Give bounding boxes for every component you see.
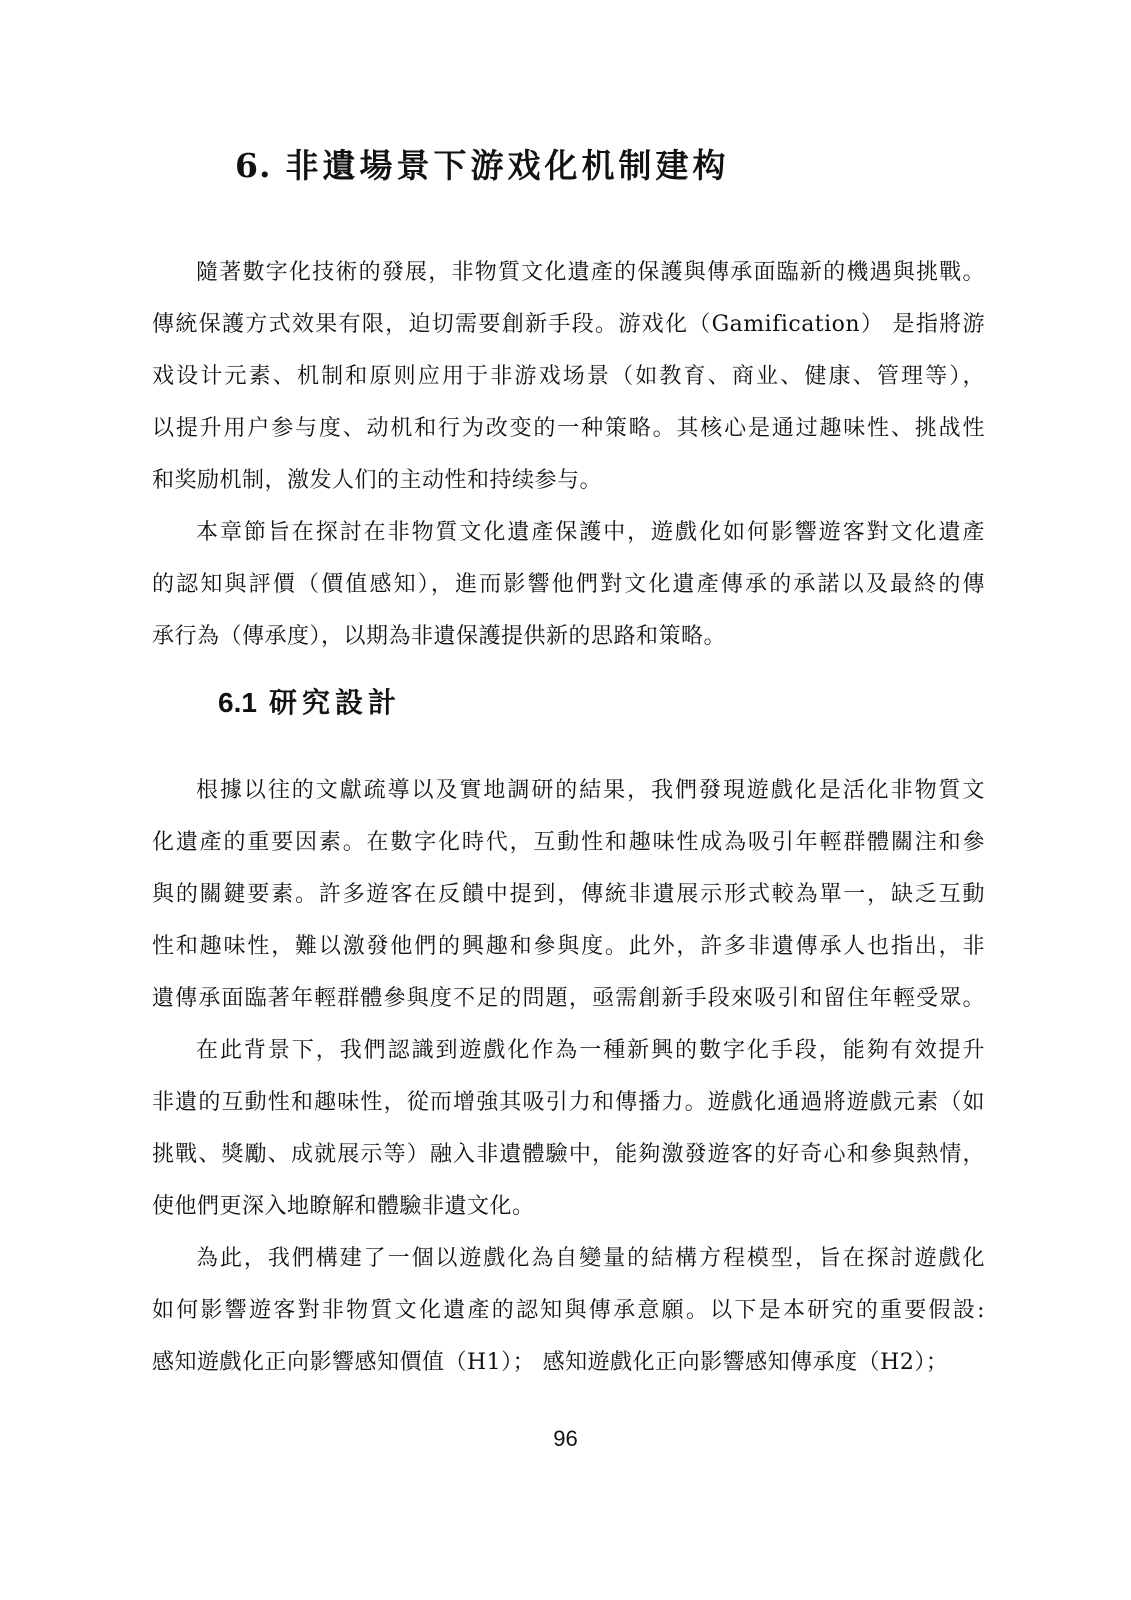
chapter-number: 6. xyxy=(235,146,271,185)
text-line: 戏设计元素、机制和原则应用于非游戏场景（如教育、商业、健康、管理等）， xyxy=(152,351,985,403)
text-line: 如何影響遊客對非物質文化遺產的認知與傳承意願。以下是本研究的重要假設: xyxy=(152,1285,985,1337)
page-content: 6.非遺場景下游戏化机制建构 隨著數字化技術的發展，非物質文化遺產的保護與傳承面… xyxy=(152,0,985,1389)
section-number: 6.1 xyxy=(218,687,257,718)
text-line: 非遺的互動性和趣味性，從而增強其吸引力和傳播力。遊戲化通過將遊戲元素（如 xyxy=(152,1077,985,1129)
text-line: 感知遊戲化正向影響感知價值（H1）； 感知遊戲化正向影響感知傳承度（H2）； xyxy=(152,1337,985,1389)
text-line: 挑戰、獎勵、成就展示等）融入非遺體驗中，能夠激發遊客的好奇心和參與熱情， xyxy=(152,1129,985,1181)
text-line: 根據以往的文獻疏導以及實地調研的結果，我們發現遊戲化是活化非物質文 xyxy=(152,765,985,817)
paragraph: 為此，我們構建了一個以遊戲化為自變量的結構方程模型，旨在探討遊戲化 如何影響遊客… xyxy=(152,1233,985,1389)
text-line: 使他們更深入地瞭解和體驗非遺文化。 xyxy=(152,1181,985,1233)
paragraph: 在此背景下，我們認識到遊戲化作為一種新興的數字化手段，能夠有效提升 非遺的互動性… xyxy=(152,1025,985,1233)
text-line: 與的關鍵要素。許多遊客在反饋中提到，傳統非遺展示形式較為單一，缺乏互動 xyxy=(152,869,985,921)
text-line: 性和趣味性，難以激發他們的興趣和參與度。此外，許多非遺傳承人也指出，非 xyxy=(152,921,985,973)
section-heading: 6.1研究設計 xyxy=(152,685,985,721)
text-line: 在此背景下，我們認識到遊戲化作為一種新興的數字化手段，能夠有效提升 xyxy=(152,1025,985,1077)
text-line: 以提升用户参与度、动机和行为改变的一种策略。其核心是通过趣味性、挑战性 xyxy=(152,403,985,455)
text-line: 化遺產的重要因素。在數字化時代，互動性和趣味性成為吸引年輕群體關注和參 xyxy=(152,817,985,869)
paragraph: 本章節旨在探討在非物質文化遺產保護中，遊戲化如何影響遊客對文化遺產 的認知與評價… xyxy=(152,507,985,663)
text-line: 隨著數字化技術的發展，非物質文化遺產的保護與傳承面臨新的機遇與挑戰。 xyxy=(152,247,985,299)
paragraph: 根據以往的文獻疏導以及實地調研的結果，我們發現遊戲化是活化非物質文 化遺產的重要… xyxy=(152,765,985,1025)
page-number: 96 xyxy=(0,1426,1131,1452)
text-line: 的認知與評價（價值感知），進而影響他們對文化遺產傳承的承諾以及最終的傳 xyxy=(152,559,985,611)
text-line: 為此，我們構建了一個以遊戲化為自變量的結構方程模型，旨在探討遊戲化 xyxy=(152,1233,985,1285)
chapter-title: 6.非遺場景下游戏化机制建构 xyxy=(152,0,985,189)
text-line: 和奖励机制，激发人们的主动性和持续参与。 xyxy=(152,455,985,507)
text-line: 本章節旨在探討在非物質文化遺產保護中，遊戲化如何影響遊客對文化遺產 xyxy=(152,507,985,559)
document-page: 6.非遺場景下游戏化机制建构 隨著數字化技術的發展，非物質文化遺產的保護與傳承面… xyxy=(0,0,1131,1600)
text-line: 承行為（傳承度），以期為非遺保護提供新的思路和策略。 xyxy=(152,611,985,663)
text-line: 遺傳承面臨著年輕群體參與度不足的問題，亟需創新手段來吸引和留住年輕受眾。 xyxy=(152,973,985,1025)
chapter-title-text: 非遺場景下游戏化机制建构 xyxy=(285,146,729,185)
text-line: 傳統保護方式效果有限，迫切需要創新手段。游戏化（Gamification） 是指… xyxy=(152,299,985,351)
section-title-text: 研究設計 xyxy=(269,686,401,719)
paragraph: 隨著數字化技術的發展，非物質文化遺產的保護與傳承面臨新的機遇與挑戰。 傳統保護方… xyxy=(152,247,985,507)
